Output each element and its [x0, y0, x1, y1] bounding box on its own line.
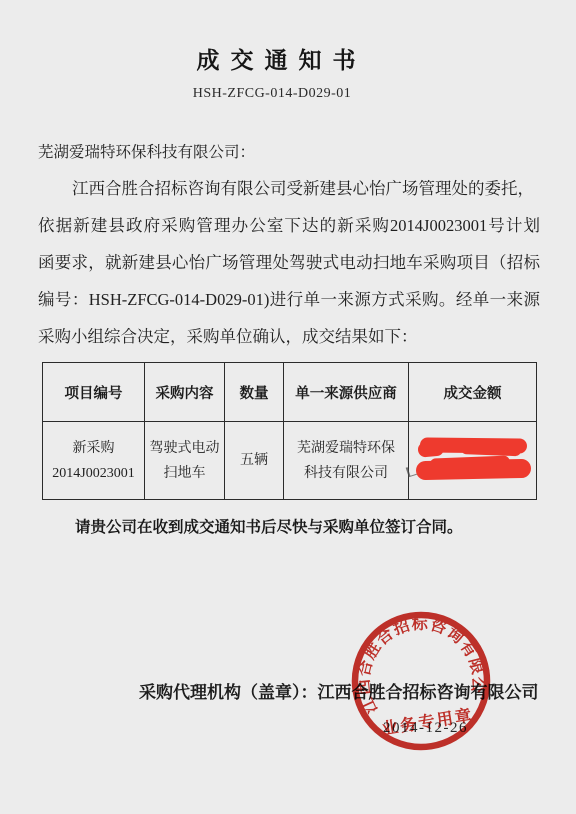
body-paragraph: 江西合胜合招标咨询有限公司受新建县心怡广场管理处的委托， 依据新建县政府采购管理…	[38, 170, 540, 355]
header-supplier: 单一来源供应商	[284, 363, 409, 422]
cell-supplier: 芜湖爱瑞特环保 科技有限公司	[284, 422, 409, 500]
body-line: 采购小组综合决定，采购单位确认，成交结果如下：	[38, 318, 540, 355]
body-line: 江西合胜合招标咨询有限公司受新建县心怡广场管理处的委托，	[38, 170, 540, 207]
cell-text: 扫地车	[145, 461, 224, 486]
header-project-no: 项目编号	[43, 363, 145, 422]
document-page: { "colors": { "background": "#ececec", "…	[0, 0, 576, 814]
cell-text: 科技有限公司	[284, 461, 408, 486]
cell-text: 芜湖爱瑞特环保	[284, 436, 408, 461]
header-amount: 成交金额	[409, 363, 537, 422]
header-content: 采购内容	[145, 363, 225, 422]
cell-text: 2014J0023001	[43, 461, 144, 486]
cell-project-no: 新采购 2014J0023001	[43, 422, 145, 500]
cell-text: 新采购	[43, 436, 144, 461]
redaction-scribble	[416, 459, 531, 480]
document-title: 成交通知书	[0, 42, 552, 75]
body-line: 依据新建县政府采购管理办公室下达的新采购2014J0023001号计划	[38, 207, 540, 244]
body-line: 函要求，就新建县心怡广场管理处驾驶式电动扫地车采购项目（招标	[38, 244, 540, 281]
agency-signature-line: 采购代理机构（盖章）：江西合胜合招标咨询有限公司	[139, 678, 539, 703]
cell-text: 驾驶式电动	[145, 436, 224, 461]
body-line: 编号：HSH-ZFCG-014-D029-01)进行单一来源方式采购。经单一来源	[38, 281, 540, 318]
cell-quantity: 五辆	[225, 422, 284, 500]
reference-number: HSH-ZFCG-014-D029-01	[0, 86, 544, 102]
header-quantity: 数量	[225, 363, 284, 422]
table-header-row: 项目编号 采购内容 数量 单一来源供应商 成交金额	[43, 363, 537, 422]
cell-content: 驾驶式电动 扫地车	[145, 422, 225, 500]
redaction-scribble	[420, 437, 527, 453]
recipient-line: 芜湖爱瑞特环保科技有限公司：	[38, 140, 255, 162]
closing-note: 请贵公司在收到成交通知书后尽快与采购单位签订合同。	[75, 515, 463, 537]
award-result-table: 项目编号 采购内容 数量 单一来源供应商 成交金额 新采购 2014J00230…	[42, 362, 537, 500]
date-line: 2014-12-26	[383, 720, 468, 737]
